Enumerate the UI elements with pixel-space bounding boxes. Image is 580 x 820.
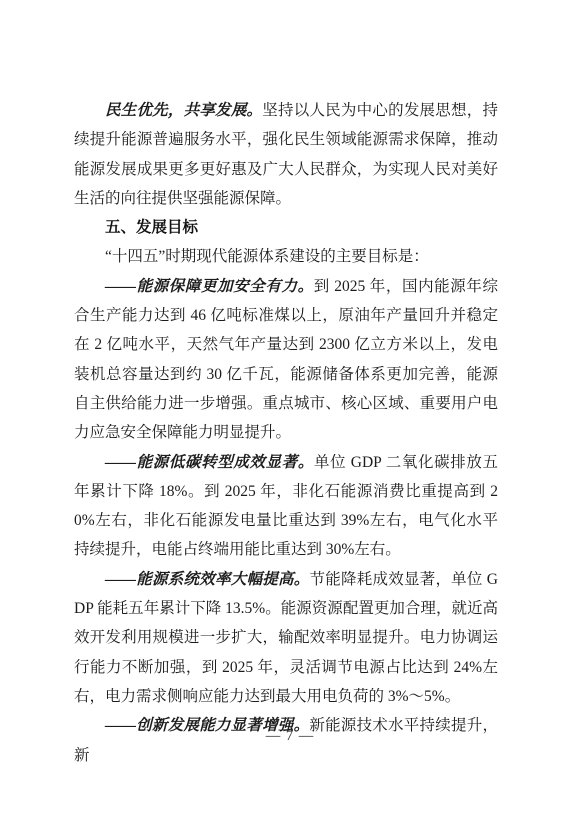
section-intro: “十四五”时期现代能源体系建设的主要目标是：	[74, 242, 498, 271]
page-number: — 7 —	[0, 728, 580, 745]
intro-paragraph: 民生优先，共享发展。坚持以人民为中心的发展思想，持续提升能源普遍服务水平，强化民…	[74, 96, 498, 213]
goal-text-system-efficiency: 节能降耗成效显著，单位 GDP 能耗五年累计下降 13.5%。能源资源配置更加合…	[74, 571, 498, 705]
goal-lead-system-efficiency: ——能源系统效率大幅提高。	[105, 571, 309, 588]
section-heading: 五、发展目标	[74, 213, 498, 242]
goal-paragraph-energy-security: ——能源保障更加安全有力。到 2025 年，国内能源年综合生产能力达到 46 亿…	[74, 272, 498, 448]
intro-paragraph-lead: 民生优先，共享发展。	[105, 102, 262, 119]
goal-paragraph-system-efficiency: ——能源系统效率大幅提高。节能降耗成效显著，单位 GDP 能耗五年累计下降 13…	[74, 565, 498, 711]
goal-text-energy-security: 到 2025 年，国内能源年综合生产能力达到 46 亿吨标准煤以上，原油年产量回…	[74, 278, 498, 441]
document-body: 民生优先，共享发展。坚持以人民为中心的发展思想，持续提升能源普遍服务水平，强化民…	[74, 96, 498, 770]
goal-lead-energy-security: ——能源保障更加安全有力。	[105, 278, 314, 295]
goal-paragraph-low-carbon: ——能源低碳转型成效显著。单位 GDP 二氧化碳排放五年累计下降 18%。到 2…	[74, 448, 498, 565]
document-page: 民生优先，共享发展。坚持以人民为中心的发展思想，持续提升能源普遍服务水平，强化民…	[0, 0, 580, 820]
goal-lead-low-carbon: ——能源低碳转型成效显著。	[105, 454, 314, 471]
